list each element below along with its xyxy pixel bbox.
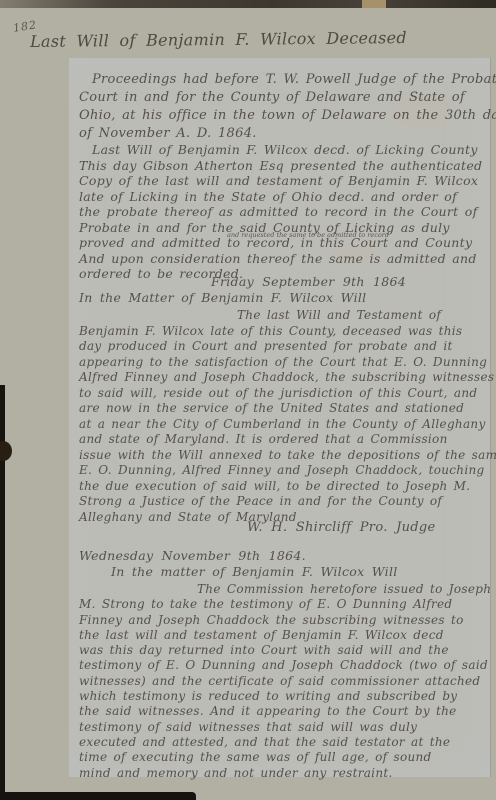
interlined-note: and requested the same to be admitted to… bbox=[227, 228, 389, 244]
judge-signature: W. H. Shircliff Pro. Judge bbox=[247, 520, 436, 535]
record-line: M. Strong to take the testimony of E. O … bbox=[79, 597, 490, 612]
paragraph-september-order: The last Will and Testament of Benjamin … bbox=[79, 308, 490, 525]
session-date: Friday September 9th 1864 bbox=[211, 274, 406, 289]
paragraph-presentation: Last Will of Benjamin F. Wilcox decd. of… bbox=[79, 142, 490, 282]
record-line: testimony of said witnesses that said wi… bbox=[79, 720, 490, 735]
record-line: the probate thereof as admitted to recor… bbox=[79, 204, 490, 220]
page-title: Last Will of Benjamin F. Wilcox Deceased bbox=[30, 28, 407, 51]
record-line: E. O. Dunning, Alfred Finney and Joseph … bbox=[79, 463, 490, 479]
record-line: Alfred Finney and Joseph Chaddock, the s… bbox=[79, 370, 490, 386]
record-line: which testimony is reduced to writing an… bbox=[79, 689, 490, 704]
record-line: testimony of E. O Dunning and Joseph Cha… bbox=[79, 658, 490, 673]
record-line: Proceedings had before T. W. Powell Judg… bbox=[79, 71, 490, 89]
record-line: time of executing the same was of full a… bbox=[79, 750, 490, 765]
paragraph-november-return: The Commission heretofore issued to Jose… bbox=[79, 582, 490, 781]
record-line: are now in the service of the United Sta… bbox=[79, 401, 490, 417]
record-line: and state of Maryland. It is ordered tha… bbox=[79, 432, 490, 448]
record-line: Strong a Justice of the Peace in and for… bbox=[79, 494, 490, 510]
record-line: executed and attested, and that the said… bbox=[79, 735, 490, 750]
record-line: Last Will of Benjamin F. Wilcox decd. of… bbox=[79, 142, 490, 158]
record-line: issue with the Will annexed to take the … bbox=[79, 448, 490, 464]
ledger-page-scan: 182 Last Will of Benjamin F. Wilcox Dece… bbox=[0, 0, 496, 800]
writing-area: Proceedings had before T. W. Powell Judg… bbox=[68, 57, 491, 777]
record-line: the said witnesses. And it appearing to … bbox=[79, 704, 490, 719]
record-line: the last will and testament of Benjamin … bbox=[79, 628, 490, 643]
book-top-edge-highlight bbox=[362, 0, 386, 8]
book-top-edge bbox=[0, 0, 496, 8]
record-line: The last Will and Testament of bbox=[79, 308, 490, 324]
record-line: Copy of the last will and testament of B… bbox=[79, 173, 490, 189]
record-line: And upon consideration thereof the same … bbox=[79, 251, 490, 267]
record-line: Court in and for the County of Delaware … bbox=[79, 89, 490, 107]
case-caption: In the Matter of Benjamin F. Wilcox Will bbox=[79, 290, 366, 305]
record-line: appearing to the satisfaction of the Cou… bbox=[79, 355, 490, 371]
record-line: Ohio, at his office in the town of Delaw… bbox=[79, 107, 490, 125]
record-line: mind and memory and not under any restra… bbox=[79, 766, 490, 781]
record-line: witnesses) and the certificate of said c… bbox=[79, 674, 490, 689]
session-date: Wednesday November 9th 1864. bbox=[79, 548, 306, 563]
case-caption: In the matter of Benjamin F. Wilcox Will bbox=[111, 564, 398, 579]
record-line: proved and admitted to record, in this C… bbox=[79, 235, 490, 251]
record-line: of November A. D. 1864. bbox=[79, 125, 490, 143]
paragraph-proceedings: Proceedings had before T. W. Powell Judg… bbox=[79, 71, 490, 143]
record-line: day produced in Court and presented for … bbox=[79, 339, 490, 355]
record-line: Benjamin F. Wilcox late of this County, … bbox=[79, 324, 490, 340]
book-bottom-edge bbox=[0, 792, 196, 800]
record-line: was this day returned into Court with sa… bbox=[79, 643, 490, 658]
record-line: The Commission heretofore issued to Jose… bbox=[79, 582, 490, 597]
record-line: the due execution of said will, to be di… bbox=[79, 479, 490, 495]
record-line: to said will, reside out of the jurisdic… bbox=[79, 386, 490, 402]
record-line: at a near the City of Cumberland in the … bbox=[79, 417, 490, 433]
record-line: Finney and Joseph Chaddock the subscribi… bbox=[79, 613, 490, 628]
record-line: This day Gibson Atherton Esq presented t… bbox=[79, 158, 490, 174]
paper-page: 182 Last Will of Benjamin F. Wilcox Dece… bbox=[0, 7, 496, 800]
record-line: late of Licking in the State of Ohio dec… bbox=[79, 189, 490, 205]
